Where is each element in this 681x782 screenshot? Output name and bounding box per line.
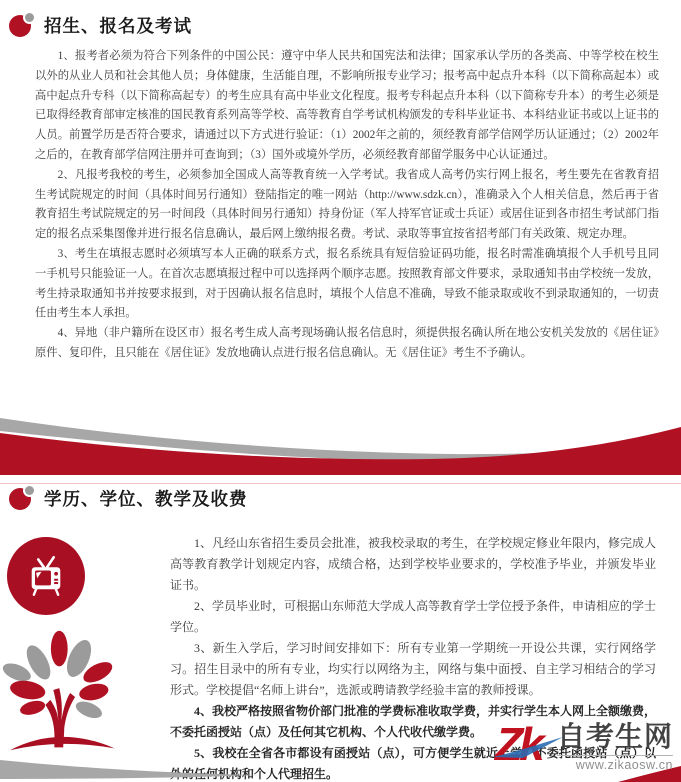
watermark-text: 自考生网 www.zikaosw.cn (557, 721, 673, 772)
section-divider-swoosh (0, 405, 681, 485)
divider-underline (0, 483, 681, 484)
zk-logo-swoosh-icon (493, 737, 563, 759)
red-dot-bullet-icon (9, 15, 31, 37)
paragraph: 4、异地（非户籍所在设区市）报名考生成人高考现场确认报名信息时，须提供报名确认所… (35, 324, 659, 364)
tv-badge (7, 537, 85, 615)
section-body: 1、报考者必须为符合下列条件的中国公民：遵守中华人民共和国宪法和法律；国家承认学… (35, 47, 659, 364)
paragraph: 1、报考者必须为符合下列条件的中国公民：遵守中华人民共和国宪法和法律；国家承认学… (35, 47, 659, 166)
paragraph: 1、凡经山东省招生委员会批准，被我校录取的考生，在学校规定修业年限内，修完成人高… (170, 533, 656, 596)
red-dot-bullet-icon (9, 488, 31, 510)
section-title: 招生、报名及考试 (44, 13, 192, 38)
site-watermark: Zk 自考生网 www.zikaosw.cn (495, 721, 673, 772)
paragraph: 2、凡报考我校的考生，必须参加全国成人高等教育统一入学考试。我省成人高考仍实行网… (35, 166, 659, 245)
paragraph: 2、学员毕业时，可根据山东师范大学成人高等教育学士学位授予条件，申请相应的学士学… (170, 596, 656, 638)
section-header: 招生、报名及考试 (0, 0, 681, 38)
site-url: www.zikaosw.cn (557, 755, 673, 772)
growth-tree-icon (2, 628, 160, 760)
section-title: 学历、学位、教学及收费 (44, 486, 248, 511)
paragraph: 3、新生入学后，学习时间安排如下：所有专业第一学期统一开设公共课，实行网络学习。… (170, 638, 656, 701)
section-header: 学历、学位、教学及收费 (0, 486, 681, 511)
paragraph: 3、考生在填报志愿时必须填写本人正确的联系方式，报名系统具有短信验证码功能，报名… (35, 245, 659, 324)
tv-icon (24, 554, 68, 598)
section-enrollment: 招生、报名及考试 1、报考者必须为符合下列条件的中国公民：遵守中华人民共和国宪法… (0, 0, 681, 364)
site-name: 自考生网 (557, 721, 673, 753)
zk-logo: Zk (495, 721, 559, 771)
